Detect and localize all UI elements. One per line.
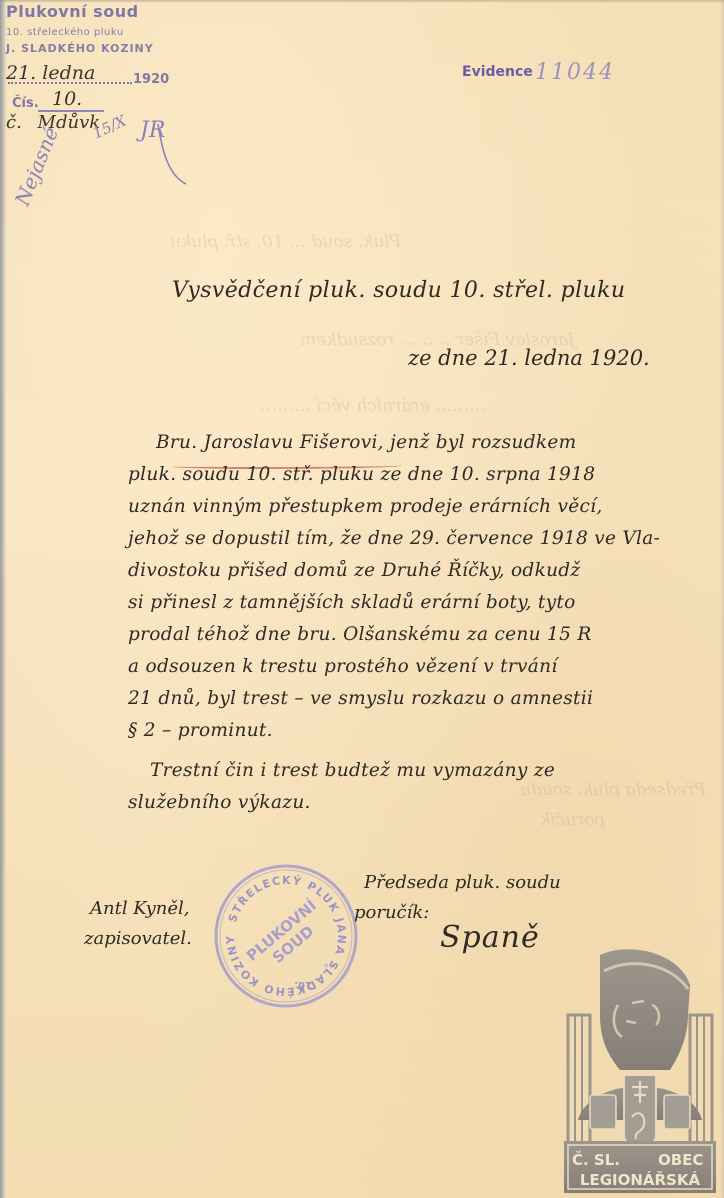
body-line: divostoku přišed domů ze Druhé Říčky, od… xyxy=(128,560,580,581)
court-name-stamp: Plukovní soud xyxy=(6,2,139,21)
bleed-through-text: Pluk. soud … 10. stř. pluku xyxy=(170,232,401,252)
cislo-label: Čís. xyxy=(12,96,39,111)
body-line: a odsouzen k trestu prostého vězení v tr… xyxy=(128,656,558,677)
clerk-role: zapisovatel. xyxy=(84,928,192,949)
pencil-note-vertical: Nejasné xyxy=(10,124,63,209)
court-seal-stamp-icon: STŘELECKÝ PLUK JANA SLADKÉHO KOZINY 10. … xyxy=(212,862,360,1010)
body-line: prodal téhož dne bru. Olšanskému za cenu… xyxy=(128,624,592,645)
reference-prefix: č. xyxy=(6,112,22,133)
svg-text:OBEC: OBEC xyxy=(658,1151,703,1169)
body-line: 21 dnů, byl trest – ve smyslu rozkazu o … xyxy=(128,688,593,709)
bleed-through-text: ……… erárních věcí ……… xyxy=(260,396,486,416)
bleed-through-text: poručík xyxy=(540,810,605,830)
chairman-title: Předseda pluk. soudu xyxy=(364,872,561,893)
chairman-signature: Spaně xyxy=(440,920,540,955)
regiment-name-stamp-line: J. SLADKÉHO KOZINY xyxy=(6,42,154,55)
body-line: služebního výkazu. xyxy=(128,792,311,813)
body-line: uznán vinným přestupkem prodeje erárních… xyxy=(128,496,603,517)
svg-text:Č. SL.: Č. SL. xyxy=(572,1150,620,1169)
header-date-handwritten: 21. ledna xyxy=(6,62,95,84)
body-line: pluk. soudu 10. stř. pluku ze dne 10. sr… xyxy=(128,464,595,485)
document-date: ze dne 21. ledna 1920. xyxy=(408,346,650,370)
svg-text:* *: * * xyxy=(324,963,336,973)
document-title: Vysvědčení pluk. soudu 10. střel. pluku xyxy=(172,278,625,303)
clerk-name: Antl Kyněl, xyxy=(90,898,190,919)
document-page: Pluk. soud … 10. stř. pluku Jaroslav Fiš… xyxy=(0,0,724,1198)
svg-text:10.: 10. xyxy=(294,979,312,990)
header-year: 1920 xyxy=(133,72,169,87)
pencil-flourish-icon xyxy=(150,120,190,190)
body-line: § 2 – prominut. xyxy=(128,720,273,741)
chairman-rank: poručík: xyxy=(354,902,429,923)
body-line: jehož se dopustil tím, že dne 29. červen… xyxy=(128,528,660,549)
evidence-number: 11044 xyxy=(535,60,615,85)
scan-left-edge xyxy=(0,0,6,1198)
body-line: Bru. Jaroslavu Fišerovi, jenž byl rozsud… xyxy=(156,432,576,453)
header-date-dotted-line xyxy=(8,82,132,84)
body-line: si přinesl z tamnějších skladů erární bo… xyxy=(128,592,576,613)
evidence-stamp-label: Evidence xyxy=(462,64,533,80)
legion-watermark-logo-icon: Č. SL. OBEC LEGIONÁŘSKÁ xyxy=(560,945,720,1195)
body-line: Trestní čin i trest budtež mu vymazány z… xyxy=(150,760,555,781)
svg-text:LEGIONÁŘSKÁ: LEGIONÁŘSKÁ xyxy=(580,1170,701,1189)
bleed-through-text: Předseda pluk. soudu xyxy=(520,780,706,800)
cislo-value: 10. xyxy=(52,88,82,110)
regiment-stamp-line: 10. střeleckého pluku xyxy=(6,27,124,38)
scan-right-edge xyxy=(720,0,724,1198)
